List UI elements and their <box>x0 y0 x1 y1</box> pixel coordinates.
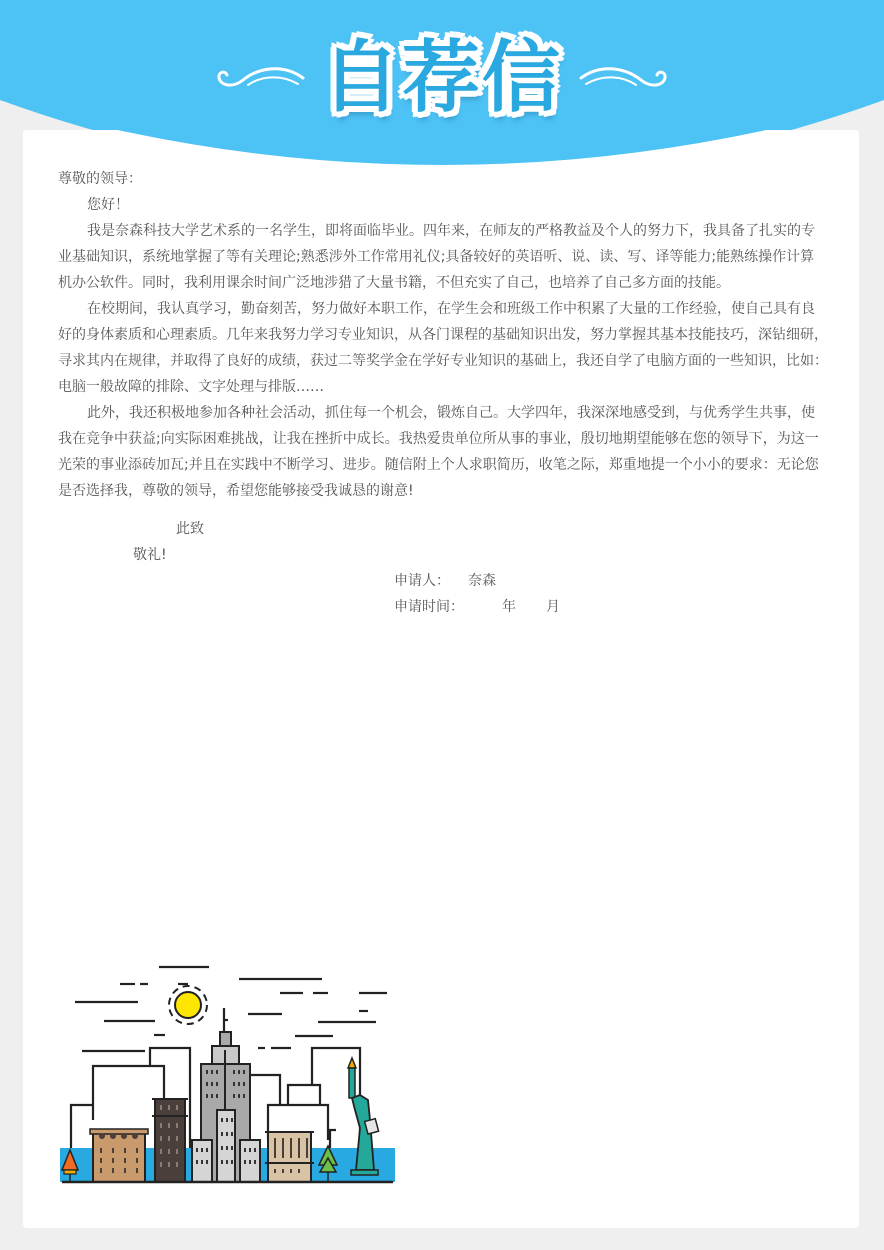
paragraph-2: 在校期间，我认真学习，勤奋刻苦，努力做好本职工作，在学生会和班级工作中积累了大量… <box>58 296 828 400</box>
date-line: 申请时间：年月 <box>58 594 828 620</box>
paragraph-1: 我是奈森科技大学艺术系的一名学生，即将面临毕业。四年来，在师友的严格教益及个人的… <box>58 218 828 296</box>
page-title: 自荐信 <box>322 39 562 117</box>
date-label: 申请时间： <box>394 599 464 615</box>
title-banner: 自荐信 <box>0 28 884 128</box>
city-skyline-illustration <box>60 960 395 1185</box>
paragraph-3: 此外，我还积极地参加各种社会活动，抓住每一个机会，锻炼自己。大学四年，我深深地感… <box>58 400 828 504</box>
month-label: 月 <box>546 599 560 615</box>
letter-body: 尊敬的领导： 您好！ 我是奈森科技大学艺术系的一名学生，即将面临毕业。四年来，在… <box>58 166 828 620</box>
applicant-line: 申请人：奈森 <box>58 568 828 594</box>
right-swirl-ornament-icon <box>576 58 671 98</box>
year-label: 年 <box>502 599 516 615</box>
applicant-name: 奈森 <box>468 573 496 589</box>
closing-line-1: 此致 <box>58 516 828 542</box>
closing-line-2: 敬礼! <box>58 542 828 568</box>
greeting: 您好！ <box>58 192 828 218</box>
left-swirl-ornament-icon <box>213 58 308 98</box>
salutation: 尊敬的领导： <box>58 166 828 192</box>
applicant-label: 申请人： <box>394 573 450 589</box>
